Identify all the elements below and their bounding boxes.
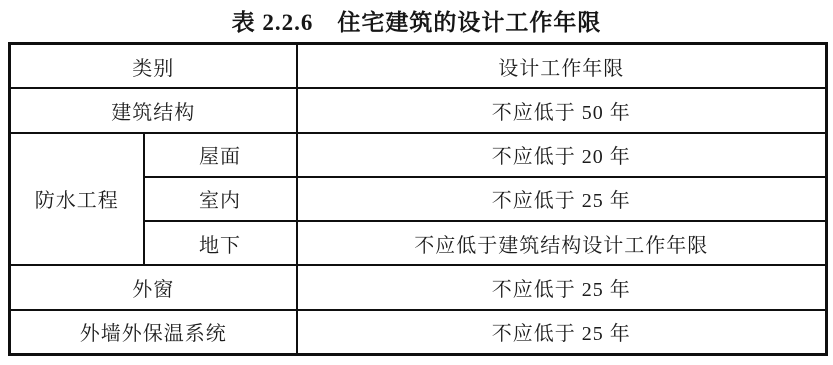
table-row-structure: 建筑结构 不应低于 50 年: [10, 88, 827, 132]
cell-indoor-value: 不应低于 25 年: [297, 177, 827, 221]
header-cell-category: 类别: [10, 44, 297, 89]
cell-roof-value: 不应低于 20 年: [297, 133, 827, 177]
cell-structure-label: 建筑结构: [10, 88, 297, 132]
cell-underground-label: 地下: [144, 221, 297, 265]
cell-waterproofing-group-label: 防水工程: [10, 133, 144, 266]
cell-indoor-label: 室内: [144, 177, 297, 221]
cell-windows-label: 外窗: [10, 265, 297, 309]
cell-windows-value: 不应低于 25 年: [297, 265, 827, 309]
cell-underground-value: 不应低于建筑结构设计工作年限: [297, 221, 827, 265]
table-caption: 表 2.2.6 住宅建筑的设计工作年限: [0, 4, 833, 37]
header-row: 类别 设计工作年限: [10, 44, 827, 89]
table-row-waterproof-roof: 防水工程 屋面 不应低于 20 年: [10, 133, 827, 177]
table-row-windows: 外窗 不应低于 25 年: [10, 265, 827, 309]
cell-roof-label: 屋面: [144, 133, 297, 177]
header-cell-design-life: 设计工作年限: [297, 44, 827, 89]
cell-structure-value: 不应低于 50 年: [297, 88, 827, 132]
cell-insulation-value: 不应低于 25 年: [297, 310, 827, 355]
design-working-life-table: 类别 设计工作年限 建筑结构 不应低于 50 年 防水工程 屋面 不应低于 20…: [8, 42, 828, 356]
table-row-insulation: 外墙外保温系统 不应低于 25 年: [10, 310, 827, 355]
cell-insulation-label: 外墙外保温系统: [10, 310, 297, 355]
